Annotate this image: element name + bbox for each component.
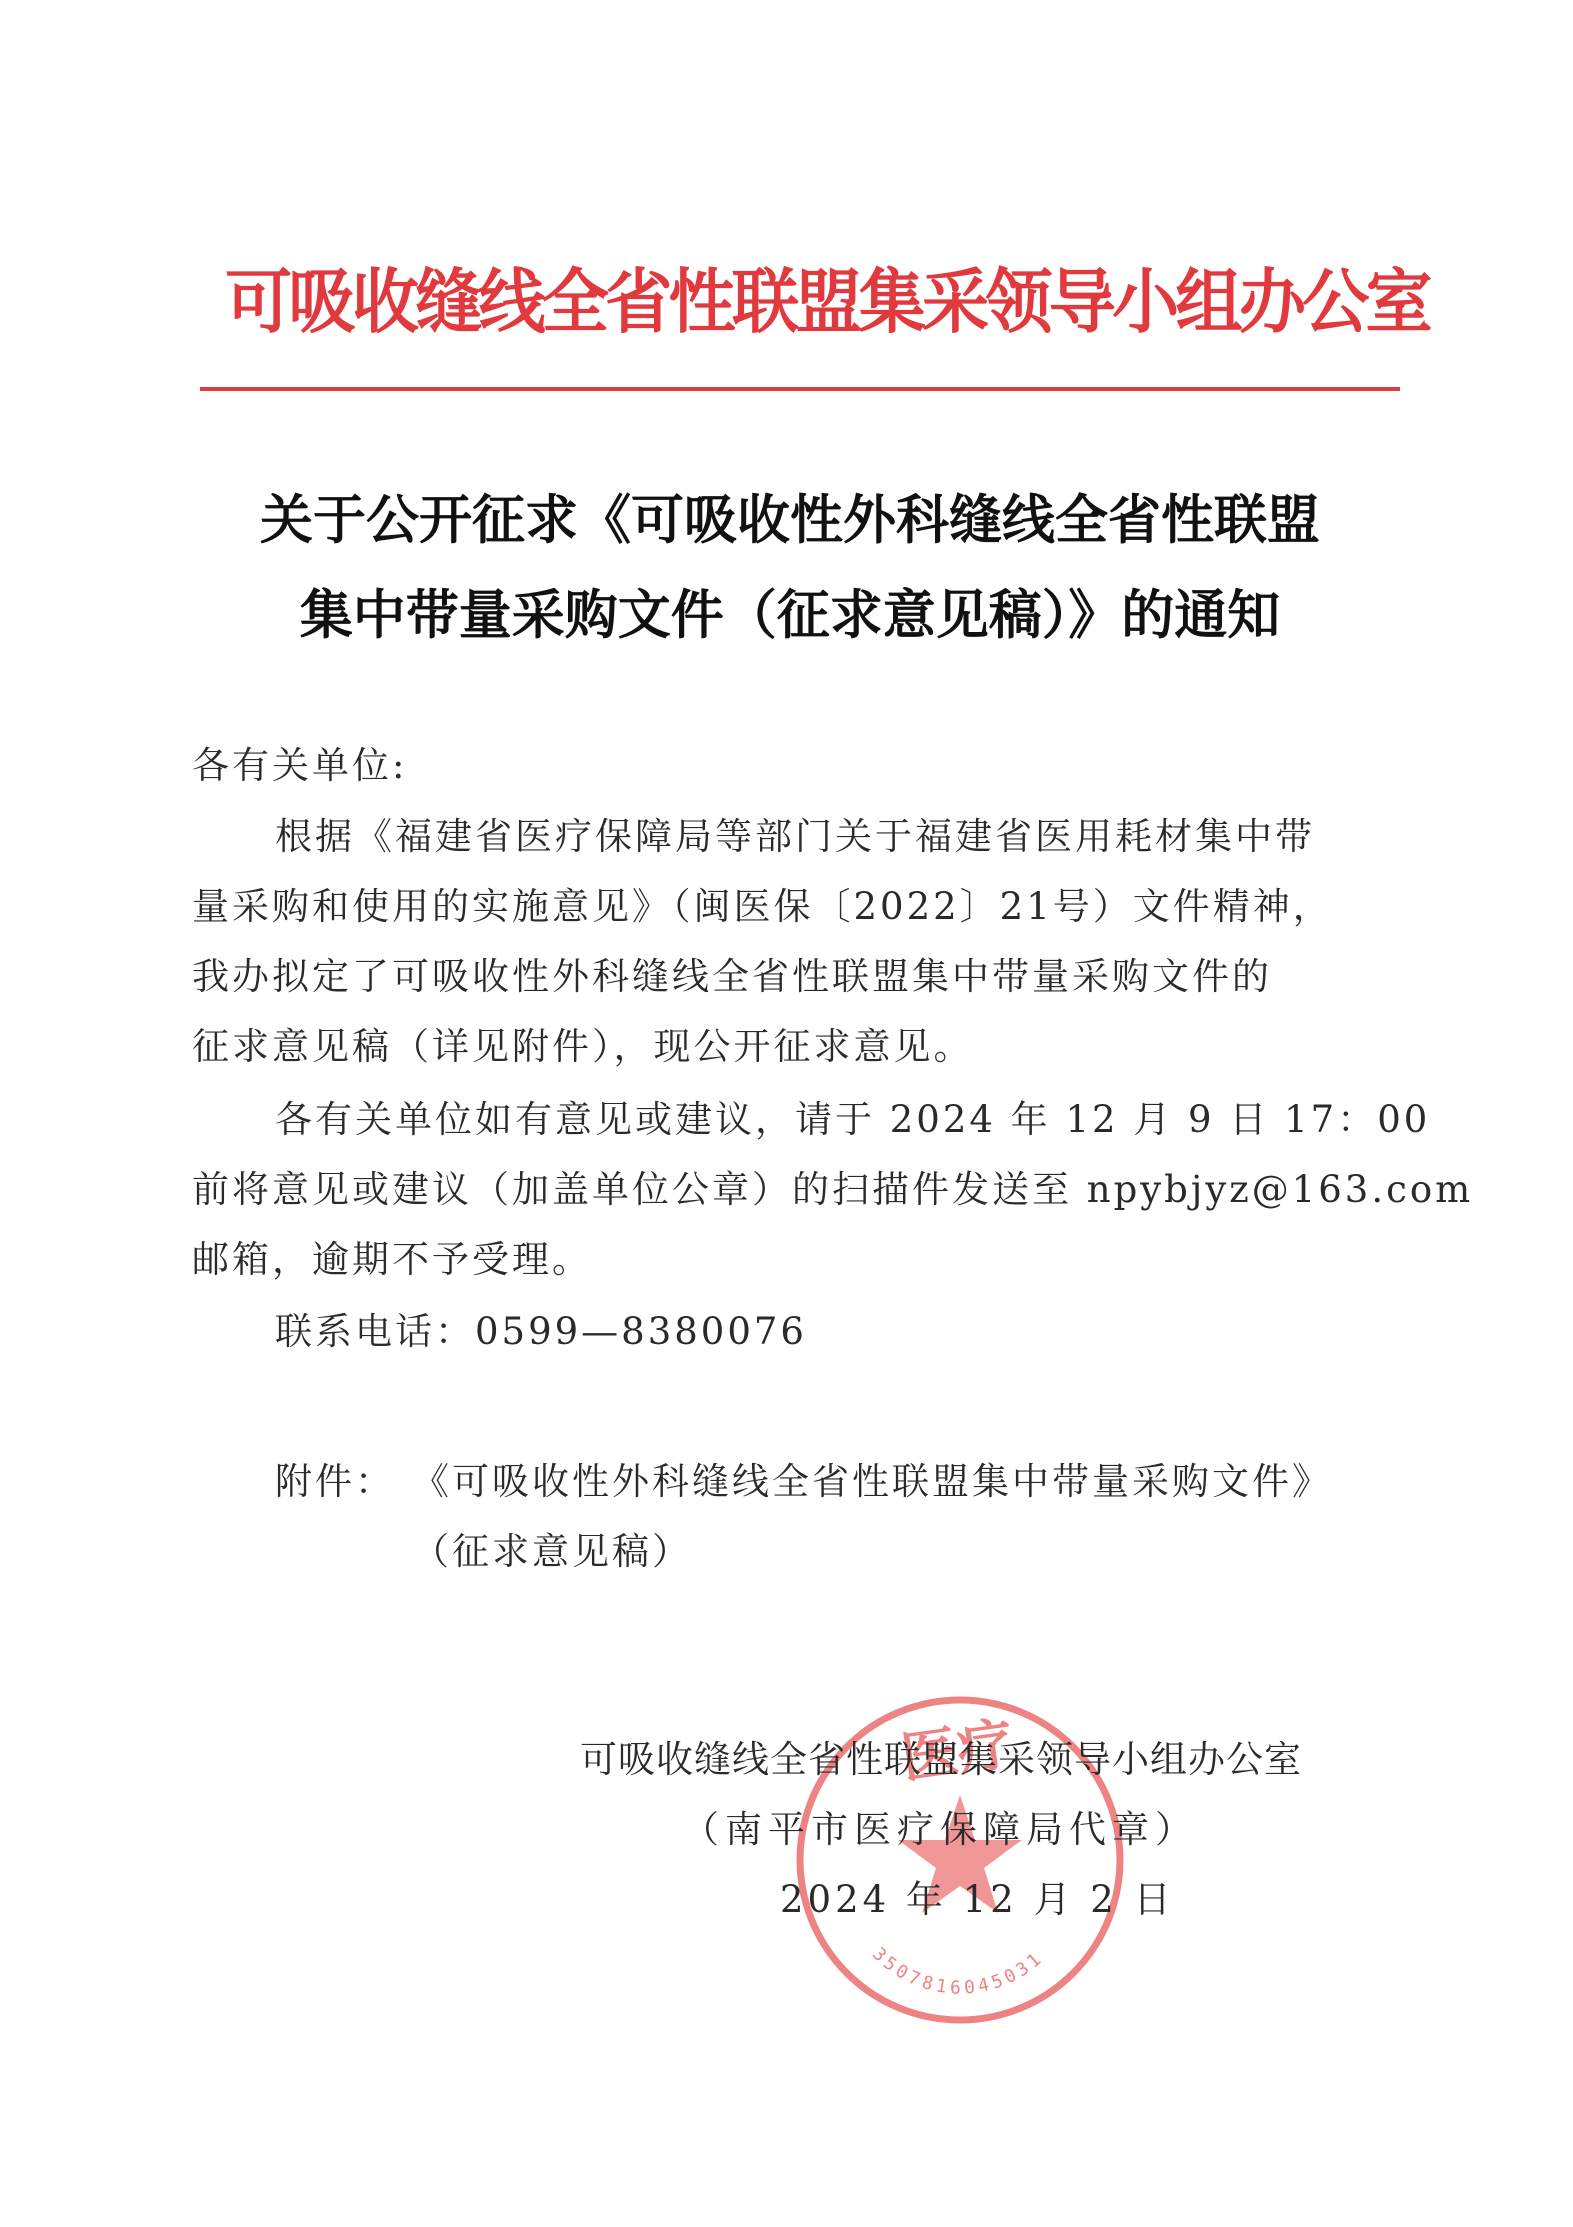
signature-date: 2024 年 12 月 2 日 <box>780 1878 1175 1922</box>
document-title-line-2: 集中带量采购文件（征求意见稿）》的通知 <box>190 583 1390 647</box>
paragraph-2-line: 各有关单位如有意见或建议，请于 2024 年 12 月 9 日 17：00 <box>275 1098 1430 1142</box>
attachment-subtitle: （征求意见稿） <box>412 1530 692 1574</box>
paragraph-1-line: 征求意见稿（详见附件），现公开征求意见。 <box>192 1025 974 1069</box>
paragraph-1-line: 根据《福建省医疗保障局等部门关于福建省医用耗材集中带 <box>275 815 1315 859</box>
signature-organization: 可吸收缝线全省性联盟集采领导小组办公室 <box>580 1738 1302 1782</box>
attachment-title: 《可吸收性外科缝线全省性联盟集中带量采购文件》 <box>412 1460 1332 1504</box>
signature-agent: （南平市医疗保障局代章） <box>682 1808 1198 1852</box>
svg-text:3507816045031: 3507816045031 <box>868 1944 1048 1999</box>
paragraph-2-line: 前将意见或建议（加盖单位公章）的扫描件发送至 npybjyz@163.com <box>192 1168 1473 1212</box>
contact-phone: 联系电话：0599—8380076 <box>275 1310 807 1354</box>
paragraph-1-line: 我办拟定了可吸收性外科缝线全省性联盟集中带量采购文件的 <box>192 955 1272 999</box>
document-title-line-1: 关于公开征求《可吸收性外科缝线全省性联盟 <box>190 488 1390 552</box>
attachment-label: 附件： <box>275 1460 395 1504</box>
header-divider <box>200 387 1400 391</box>
issuer-header: 可吸收缝线全省性联盟集采领导小组办公室 <box>225 262 1329 342</box>
paragraph-1-line: 量采购和使用的实施意见》（闽医保〔2022〕21号）文件精神， <box>192 885 1333 929</box>
paragraph-2-line: 邮箱，逾期不予受理。 <box>192 1238 592 1282</box>
salutation: 各有关单位: <box>192 744 407 788</box>
